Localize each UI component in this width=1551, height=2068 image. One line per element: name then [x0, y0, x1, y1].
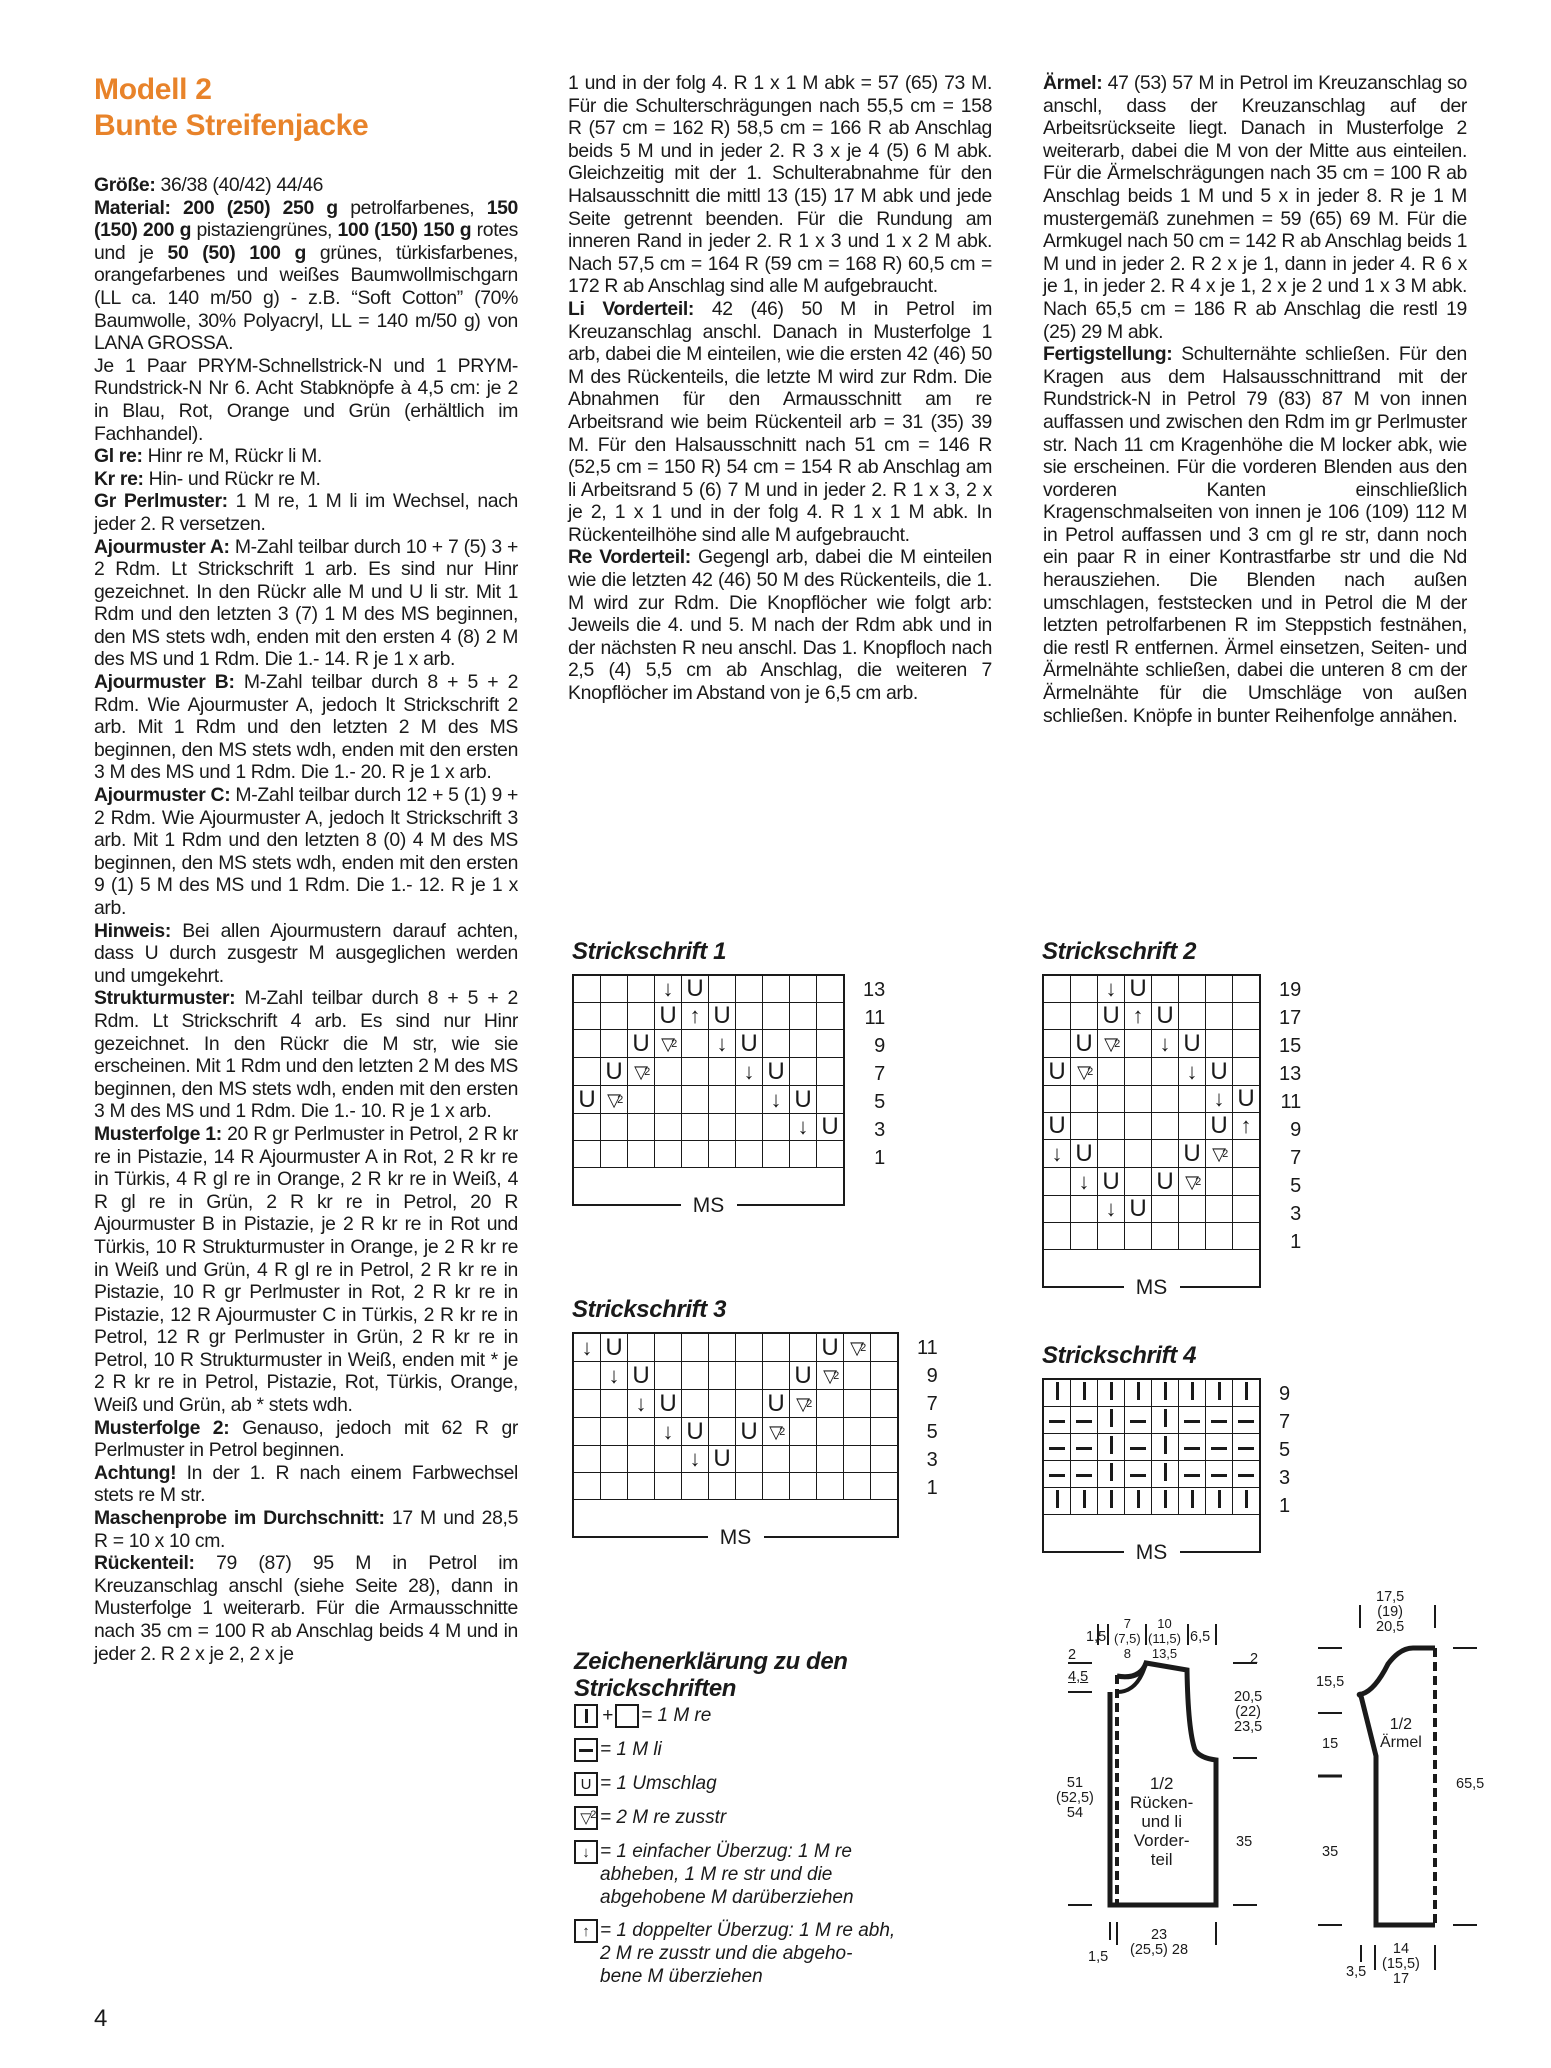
knit-stitch-icon: [1110, 1490, 1113, 1508]
chart-cell: [1071, 1379, 1098, 1407]
chart-cell: [1043, 1379, 1071, 1407]
chart-cell: [601, 1390, 628, 1418]
chart-cell: [871, 1333, 899, 1362]
yarn-over-icon: U: [1183, 1030, 1200, 1057]
chart-cell: [628, 1003, 655, 1030]
yarn-over-icon: U: [1210, 1112, 1227, 1139]
chart-cell: [1098, 1058, 1125, 1086]
dim-right-slope: 2: [1250, 1652, 1258, 1667]
knit-stitch-icon: [1164, 1382, 1167, 1400]
knitting-chart-2: Strickschrift 2↓UU↑UU▽2↓UU▽2↓U↓UUU↑↓UU▽2…: [1042, 938, 1301, 1288]
chart-cell: [1152, 1488, 1179, 1515]
row-number-labels: 131197531: [863, 976, 885, 1172]
chart-cell: [1043, 1030, 1071, 1058]
chart-cell: U: [790, 1362, 817, 1390]
chart-cell: [1043, 1407, 1071, 1434]
chart-cell: [1206, 1003, 1233, 1030]
chart-cell: ↓: [1179, 1058, 1206, 1086]
knit-stitch-icon: [1110, 1382, 1113, 1400]
chart-cell: [601, 1418, 628, 1446]
slip-decrease-icon: ↓: [690, 1446, 701, 1471]
chart-cell: ↑: [1233, 1113, 1261, 1140]
chart-cell: [655, 1446, 682, 1473]
sleeve-piece-label: 1/2 Ärmel: [1380, 1716, 1422, 1752]
chart-cell: [682, 1058, 709, 1086]
chart-cell: [1043, 1196, 1071, 1223]
chart-cell: [709, 1141, 736, 1168]
chart-cell: [1071, 1407, 1098, 1434]
yarn-over-icon: U: [605, 1334, 622, 1361]
knit-two-together-icon: ▽2: [1185, 1172, 1199, 1192]
chart-cell: U: [1206, 1058, 1233, 1086]
chart-cell: [817, 1473, 844, 1500]
dim-sleeve-bottom-edge: 3,5: [1346, 1965, 1366, 1980]
chart-cell: [1233, 1003, 1261, 1030]
chart-cell: U: [682, 1418, 709, 1446]
chart-cell: [1071, 1434, 1098, 1461]
chart-cell: [628, 1086, 655, 1114]
row-number: 11: [1279, 1088, 1301, 1116]
instruction-paragraph: Achtung! In der 1. R nach einem Farbwech…: [94, 1462, 518, 1507]
chart-cell: [655, 1333, 682, 1362]
section-text: Je 1 Paar PRYM-Schnellstrick-N und 1 PRY…: [94, 355, 518, 445]
row-number-labels: 1197531: [917, 1334, 938, 1502]
row-number: 3: [863, 1116, 885, 1144]
chart-cell: [1206, 1461, 1233, 1488]
dim-armhole-height: 20,5 (22) 23,5: [1234, 1690, 1262, 1735]
chart-cell: [1179, 1434, 1206, 1461]
row-number: 9: [863, 1032, 885, 1060]
chart-cell: ↓: [1043, 1140, 1071, 1168]
purl-stitch-icon: [1130, 1447, 1146, 1450]
legend-description: = 1 doppelter Überzug: 1 M re abh, 2 M r…: [600, 1919, 895, 1988]
chart-cell: ↑: [1125, 1003, 1152, 1030]
chart-cell: [844, 1418, 871, 1446]
chart-cell: U: [1043, 1058, 1071, 1086]
yarn-over-icon: U: [659, 1002, 676, 1029]
chart-cell: ▽2: [655, 1030, 682, 1058]
row-number: 1: [1279, 1492, 1290, 1520]
chart-cell: [763, 1141, 790, 1168]
section-label: Material:: [94, 197, 171, 219]
chart-cell: [655, 1114, 682, 1141]
purl-stitch-icon: [1130, 1474, 1146, 1477]
section-label: Achtung!: [94, 1462, 176, 1484]
slip-decrease-icon: ↓: [1106, 1196, 1117, 1221]
yarn-over-icon: U: [1102, 1168, 1119, 1195]
chart-cell: [844, 1473, 871, 1500]
row-number: 3: [917, 1446, 938, 1474]
dim-sleeve-top-width: 17,5 (19) 20,5: [1376, 1590, 1404, 1635]
chart-cell: [1043, 1434, 1071, 1461]
chart-cell: [1152, 1223, 1179, 1250]
yarn-over-icon: U: [794, 1362, 811, 1389]
section-text: Gegengl arb, dabei die M einteilen wie d…: [568, 546, 992, 704]
chart-cell: ↓: [1206, 1086, 1233, 1113]
legend-description: = 1 M re: [641, 1704, 711, 1727]
chart-cell: [1233, 1058, 1261, 1086]
chart-cell: [763, 1030, 790, 1058]
chart-cell: [1179, 1086, 1206, 1113]
chart-cell: [1233, 1488, 1261, 1515]
knit-stitch-icon: [1191, 1382, 1194, 1400]
chart-cell: [1152, 975, 1179, 1003]
section-label: Ajourmuster C:: [94, 784, 230, 806]
instruction-paragraph: Je 1 Paar PRYM-Schnellstrick-N und 1 PRY…: [94, 355, 518, 445]
chart-cell: [736, 1086, 763, 1114]
chart-grid: ↓UU↑UU▽2↓UU▽2↓UU▽2↓U↓UMS: [572, 974, 845, 1206]
chart-cell: [1043, 1461, 1071, 1488]
chart-cell: [1206, 1196, 1233, 1223]
knit-stitch-icon: [1218, 1382, 1221, 1400]
purl-stitch-icon: [1211, 1447, 1227, 1450]
knit-stitch-icon: [1245, 1382, 1248, 1400]
chart-cell: U: [763, 1390, 790, 1418]
section-label: Strukturmuster:: [94, 987, 235, 1009]
instruction-paragraph: Re Vorderteil: Gegengl arb, dabei die M …: [568, 546, 992, 704]
text-column-1: Modell 2 Bunte Streifenjacke Größe: 36/3…: [94, 72, 518, 1665]
chart-cell: [1098, 1140, 1125, 1168]
yarn-over-icon: U: [1156, 1002, 1173, 1029]
chart-cell: U: [1152, 1003, 1179, 1030]
section-text: 42 (46) 50 M in Petrol im Kreuzanschlag …: [568, 298, 992, 546]
dim-bottom-edge: 1,5: [1088, 1950, 1108, 1965]
chart-cell: ↓: [682, 1446, 709, 1473]
yarn-over-icon: U: [1129, 975, 1146, 1002]
legend-items: + = 1 M re = 1 M liU = 1 Umschlag▽2 = 2 …: [574, 1704, 954, 1988]
dim-sleeve-cap-height: 15,5: [1316, 1675, 1344, 1690]
chart-cell: [817, 1390, 844, 1418]
purl-stitch-icon: [574, 1738, 598, 1762]
section-label: Kr re:: [94, 468, 144, 490]
row-number: 11: [863, 1004, 885, 1032]
instruction-paragraph: Gr Perlmuster: 1 M re, 1 M li im Wechsel…: [94, 490, 518, 535]
chart-cell: [790, 1141, 817, 1168]
knit-stitch-icon: [1056, 1382, 1059, 1400]
knit-two-together-icon: ▽2: [1104, 1034, 1118, 1054]
pattern-repeat-label: MS: [681, 1194, 737, 1218]
knitting-chart-3: Strickschrift 3↓UU▽2↓UU▽2↓UU▽2↓UU▽2↓UMS1…: [572, 1296, 938, 1538]
knit-two-together-icon: ▽2: [823, 1366, 837, 1386]
chart-cell: [763, 1333, 790, 1362]
row-number: 7: [1279, 1408, 1290, 1436]
chart-cell: ▽2: [844, 1333, 871, 1362]
chart-cell: [709, 1418, 736, 1446]
chart-cell: [736, 1362, 763, 1390]
purl-stitch-icon: [1184, 1420, 1200, 1423]
chart-cell: [1233, 975, 1261, 1003]
chart-cell: [763, 1362, 790, 1390]
yarn-over-icon: U: [713, 1445, 730, 1472]
double-decrease-icon: ↑: [1241, 1113, 1252, 1138]
row-number: 9: [917, 1362, 938, 1390]
chart-cell: [628, 1141, 655, 1168]
chart-cell: [1206, 1488, 1233, 1515]
chart-cell: [709, 1362, 736, 1390]
instruction-paragraph: Strukturmuster: M-Zahl teilbar durch 8 +…: [94, 987, 518, 1123]
knit-stitch-icon: [1245, 1490, 1248, 1508]
chart-cell: [871, 1473, 899, 1500]
chart-cell: U: [1233, 1086, 1261, 1113]
chart-cell: [1233, 1434, 1261, 1461]
yarn-over-icon: U: [574, 1772, 598, 1796]
chart-cell: U: [628, 1362, 655, 1390]
chart-cell: [1206, 1223, 1233, 1250]
purl-stitch-icon: [1211, 1474, 1227, 1477]
instruction-paragraph: Li Vorderteil: 42 (46) 50 M in Petrol im…: [568, 298, 992, 547]
chart-cell: [682, 1141, 709, 1168]
chart-cell: U: [1098, 1003, 1125, 1030]
legend-description: = 1 einfacher Überzug: 1 M re abheben, 1…: [600, 1840, 854, 1909]
section-label: Ajourmuster A:: [94, 536, 230, 558]
row-number: 17: [1279, 1004, 1301, 1032]
section-label: Musterfolge 1:: [94, 1123, 222, 1145]
chart-cell: ▽2: [1179, 1168, 1206, 1196]
chart-cell: [790, 1058, 817, 1086]
chart-cell: [655, 1141, 682, 1168]
chart-cell: ↓: [1152, 1030, 1179, 1058]
chart-cell: [790, 975, 817, 1003]
chart-cell: [709, 1333, 736, 1362]
knit-stitch-icon: [1191, 1490, 1194, 1508]
purl-stitch-icon: [1211, 1420, 1227, 1423]
chart-cell: U: [1179, 1140, 1206, 1168]
dim-sleeve-lower-height: 35: [1322, 1845, 1338, 1860]
chart-cell: [1179, 1113, 1206, 1140]
slip-decrease-icon: ↓: [1214, 1086, 1225, 1111]
chart-cell: [1206, 1434, 1233, 1461]
chart-cell: [1233, 1168, 1261, 1196]
slip-decrease-icon: ↓: [717, 1031, 728, 1056]
garment-schematic: 1,5 7 (7,5) 8 10 (11,5) 13,5 6,5 2 4,5 5…: [1030, 1580, 1510, 2000]
chart-cell: [817, 1030, 845, 1058]
chart-cell: [1233, 1461, 1261, 1488]
chart-cell: ↓: [1098, 1196, 1125, 1223]
chart-cell: U: [1125, 975, 1152, 1003]
chart-cell: [1098, 1379, 1125, 1407]
section-label: Gr Perlmuster:: [94, 490, 228, 512]
chart-cell: U: [1152, 1168, 1179, 1196]
chart-cell: [817, 1141, 845, 1168]
chart-cell: [817, 1446, 844, 1473]
chart-cell: [655, 1362, 682, 1390]
yarn-over-icon: U: [1210, 1058, 1227, 1085]
knit-two-together-icon: ▽2: [634, 1062, 648, 1082]
yarn-over-icon: U: [659, 1390, 676, 1417]
yarn-over-icon: U: [686, 1418, 703, 1445]
instruction-paragraph: Ajourmuster B: M-Zahl teilbar durch 8 + …: [94, 671, 518, 784]
legend-item: ↓ = 1 einfacher Überzug: 1 M re abheben,…: [574, 1840, 954, 1909]
chart-grid: ↓UU▽2↓UU▽2↓UU▽2↓UU▽2↓UMS: [572, 1332, 899, 1538]
chart-cell: U: [817, 1114, 845, 1141]
instruction-paragraph: Kr re: Hin- und Rückr re M.: [94, 468, 518, 491]
chart-cell: [573, 1446, 601, 1473]
row-number: 7: [863, 1060, 885, 1088]
symbol-legend: Zeichenerklärung zu den Strickschriften …: [574, 1648, 954, 1998]
chart-cell: U: [1071, 1030, 1098, 1058]
yarn-over-icon: U: [713, 1002, 730, 1029]
chart-cell: [1098, 1086, 1125, 1113]
purl-stitch-icon: [1238, 1420, 1254, 1423]
chart-cell: [1043, 1488, 1071, 1515]
section-label: Li Vorderteil:: [568, 298, 694, 320]
chart-cell: U: [709, 1003, 736, 1030]
chart-cell: U: [790, 1086, 817, 1114]
chart-cell: ↓: [573, 1333, 601, 1362]
instruction-paragraph: Ajourmuster C: M-Zahl teilbar durch 12 +…: [94, 784, 518, 920]
section-label: Re Vorderteil:: [568, 546, 691, 568]
chart-cell: [1098, 1407, 1125, 1434]
chart-cell: [1152, 1379, 1179, 1407]
chart-cell: U: [763, 1058, 790, 1086]
section-text: 200 (250) 250 g petrolfarbenes, 150 (150…: [94, 197, 518, 355]
legend-item: = 1 M li: [574, 1738, 954, 1762]
purl-stitch-icon: [1076, 1447, 1092, 1450]
chart-cell: [1043, 975, 1071, 1003]
chart-cell: [1206, 975, 1233, 1003]
yarn-over-icon: U: [740, 1418, 757, 1445]
chart-cell: [1233, 1030, 1261, 1058]
yarn-over-icon: U: [1156, 1168, 1173, 1195]
row-number-labels: 191715131197531: [1279, 976, 1301, 1256]
knitting-chart-4: Strickschrift 4MS97531: [1042, 1342, 1290, 1553]
slip-decrease-icon: ↓: [771, 1087, 782, 1112]
chart-cell: U: [655, 1003, 682, 1030]
chart-cell: [709, 1086, 736, 1114]
chart-cell: U: [1098, 1168, 1125, 1196]
double-decrease-icon: ↑: [690, 1003, 701, 1028]
chart-cell: [1071, 1086, 1098, 1113]
chart-cell: [655, 1086, 682, 1114]
chart-cell: [1179, 1223, 1206, 1250]
chart-cell: [573, 1114, 601, 1141]
chart-cell: [709, 1473, 736, 1500]
chart-cell: ▽2: [628, 1058, 655, 1086]
chart-cell: [1179, 1461, 1206, 1488]
dim-neck-edge: 6,5: [1190, 1630, 1210, 1645]
chart-cell: [1125, 1407, 1152, 1434]
section-label: Rückenteil:: [94, 1552, 195, 1574]
chart-cell: ▽2: [763, 1418, 790, 1446]
chart-cell: [1125, 1030, 1152, 1058]
yarn-over-icon: U: [821, 1334, 838, 1361]
chart-cell: ↓: [601, 1362, 628, 1390]
section-text: Schulternähte schließen. Für den Kragen …: [1043, 343, 1467, 727]
instruction-paragraph: Musterfolge 1: 20 R gr Perlmuster in Pet…: [94, 1123, 518, 1417]
chart-cell: [736, 1003, 763, 1030]
knit-stitch-icon: [1137, 1382, 1140, 1400]
yarn-over-icon: U: [605, 1058, 622, 1085]
yarn-over-icon: U: [1237, 1085, 1254, 1112]
chart-cell: [1179, 1003, 1206, 1030]
chart-cell: [1071, 1113, 1098, 1140]
knit-stitch-icon: [574, 1704, 598, 1728]
row-number: 1: [1279, 1228, 1301, 1256]
chart-cell: [1152, 1113, 1179, 1140]
yarn-over-icon: U: [686, 975, 703, 1002]
legend-item: ▽2 = 2 M re zusstr: [574, 1806, 954, 1830]
chart-cell: [1125, 1113, 1152, 1140]
knit-stitch-icon: [1164, 1436, 1167, 1454]
yarn-over-icon: U: [1048, 1112, 1065, 1139]
text-column-2: 1 und in der folg 4. R 1 x 1 M abk = 57 …: [568, 72, 992, 705]
chart-cell: [573, 975, 601, 1003]
sleeve-piece-outline: [1318, 1605, 1477, 1970]
instruction-paragraph: 1 und in der folg 4. R 1 x 1 M abk = 57 …: [568, 72, 992, 298]
chart-cell: [736, 1390, 763, 1418]
chart-title: Strickschrift 1: [572, 938, 885, 968]
purl-stitch-icon: [1184, 1447, 1200, 1450]
chart-cell: [601, 1141, 628, 1168]
chart-cell: [1206, 1379, 1233, 1407]
chart-cell: [736, 975, 763, 1003]
instruction-paragraph: Rückenteil: 79 (87) 95 M in Petrol im Kr…: [94, 1552, 518, 1665]
instruction-paragraph: Größe: 36/38 (40/42) 44/46: [94, 174, 518, 197]
chart-cell: [573, 1390, 601, 1418]
chart-cell: [1152, 1407, 1179, 1434]
purl-stitch-icon: [1184, 1474, 1200, 1477]
yarn-over-icon: U: [767, 1390, 784, 1417]
yarn-over-icon: U: [1075, 1030, 1092, 1057]
row-number: 5: [1279, 1436, 1290, 1464]
yarn-over-icon: U: [1129, 1195, 1146, 1222]
chart-cell: ↓: [1071, 1168, 1098, 1196]
purl-stitch-icon: [1238, 1474, 1254, 1477]
chart-cell: ↓: [655, 975, 682, 1003]
chart-cell: [844, 1390, 871, 1418]
section-text: Hin- und Rückr re M.: [144, 468, 321, 490]
chart-cell: ▽2: [601, 1086, 628, 1114]
chart-cell: ▽2: [1071, 1058, 1098, 1086]
chart-cell: [790, 1418, 817, 1446]
chart-cell: ▽2: [817, 1362, 844, 1390]
pattern-repeat-label: MS: [1124, 1276, 1180, 1300]
yarn-over-icon: U: [578, 1086, 595, 1113]
instructions-column-2: 1 und in der folg 4. R 1 x 1 M abk = 57 …: [568, 72, 992, 705]
chart-cell: [790, 1473, 817, 1500]
dim-body-height: 51 (52,5) 54: [1056, 1776, 1094, 1821]
yarn-over-icon: U: [632, 1030, 649, 1057]
section-label: Maschenprobe im Durchschnitt:: [94, 1507, 385, 1529]
row-number: 11: [917, 1334, 938, 1362]
chart-cell: [601, 1003, 628, 1030]
chart-cell: [817, 1003, 845, 1030]
chart-cell: [1043, 1168, 1071, 1196]
chart-cell: [573, 1418, 601, 1446]
chart-cell: ▽2: [1206, 1140, 1233, 1168]
chart-cell: [1071, 1223, 1098, 1250]
legend-item: + = 1 M re: [574, 1704, 954, 1728]
chart-cell: [763, 1446, 790, 1473]
chart-cell: ↓: [1098, 975, 1125, 1003]
chart-cell: [601, 1114, 628, 1141]
knit-two-together-icon: ▽2: [661, 1034, 675, 1054]
chart-cell: [1071, 1003, 1098, 1030]
chart-cell: [682, 1030, 709, 1058]
chart-cell: [709, 1114, 736, 1141]
chart-cell: [736, 1446, 763, 1473]
chart-cell: [1179, 1407, 1206, 1434]
section-label: Größe:: [94, 174, 155, 196]
slip-decrease-icon: ↓: [609, 1363, 620, 1388]
chart-cell: [628, 1114, 655, 1141]
chart-cell: [1043, 1223, 1071, 1250]
chart-cell: [790, 1333, 817, 1362]
row-number: 13: [1279, 1060, 1301, 1088]
chart-cell: ↓: [709, 1030, 736, 1058]
purl-stitch-icon: [1076, 1474, 1092, 1477]
knitting-chart-1: Strickschrift 1↓UU↑UU▽2↓UU▽2↓UU▽2↓U↓UMS1…: [572, 938, 885, 1206]
